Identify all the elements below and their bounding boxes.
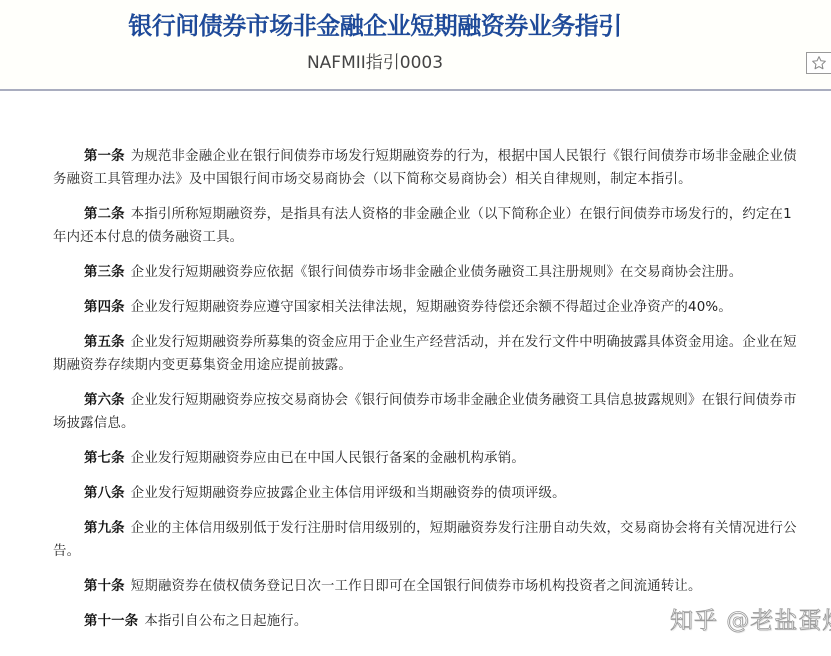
article-3: 第三条企业发行短期融资券应依据《银行间债券市场非金融企业债务融资工具注册规则》在… — [53, 261, 798, 284]
article-10: 第十条短期融资券在债权债务登记日次一工作日即可在全国银行间债券市场机构投资者之间… — [53, 575, 798, 598]
article-8: 第八条企业发行短期融资券应披露企业主体信用评级和当期融资券的债项评级。 — [53, 482, 798, 505]
article-4: 第四条企业发行短期融资券应遵守国家相关法律法规，短期融资券待偿还余额不得超过企业… — [53, 296, 798, 319]
article-text: 企业发行短期融资券应遵守国家相关法律法规，短期融资券待偿还余额不得超过企业净资产… — [131, 300, 732, 315]
article-label: 第九条 — [84, 521, 125, 536]
article-text: 企业的主体信用级别低于发行注册时信用级别的，短期融资券发行注册自动失效，交易商协… — [53, 521, 797, 559]
article-text: 企业发行短期融资券应按交易商协会《银行间债券市场非金融企业债务融资工具信息披露规… — [53, 393, 797, 431]
article-text: 为规范非金融企业在银行间债券市场发行短期融资券的行为，根据中国人民银行《银行间债… — [53, 149, 797, 187]
article-label: 第六条 — [84, 393, 125, 408]
header-divider — [0, 89, 831, 91]
article-7: 第七条企业发行短期融资券应由已在中国人民银行备案的金融机构承销。 — [53, 447, 798, 470]
article-5: 第五条企业发行短期融资券所募集的资金应用于企业生产经营活动，并在发行文件中明确披… — [53, 331, 798, 377]
favorite-button[interactable] — [806, 52, 831, 74]
article-label: 第四条 — [84, 300, 125, 315]
article-text: 企业发行短期融资券所募集的资金应用于企业生产经营活动，并在发行文件中明确披露具体… — [53, 335, 797, 373]
article-label: 第一条 — [84, 149, 125, 164]
article-text: 企业发行短期融资券应披露企业主体信用评级和当期融资券的债项评级。 — [131, 486, 566, 501]
article-2: 第二条本指引所称短期融资券，是指具有法人资格的非金融企业（以下简称企业）在银行间… — [53, 203, 798, 249]
article-6: 第六条企业发行短期融资券应按交易商协会《银行间债券市场非金融企业债务融资工具信息… — [53, 389, 798, 435]
document-code: NAFMII指引0003 — [0, 48, 750, 73]
article-9: 第九条企业的主体信用级别低于发行注册时信用级别的，短期融资券发行注册自动失效，交… — [53, 517, 798, 563]
document-body: 第一条为规范非金融企业在银行间债券市场发行短期融资券的行为，根据中国人民银行《银… — [53, 145, 798, 645]
article-text: 本指引所称短期融资券，是指具有法人资格的非金融企业（以下简称企业）在银行间债券市… — [53, 207, 792, 245]
article-label: 第八条 — [84, 486, 125, 501]
watermark-text: 知乎 @老盐蛋炒饭 — [670, 602, 831, 635]
article-label: 第二条 — [84, 207, 125, 222]
article-label: 第五条 — [84, 335, 125, 350]
document-header: 银行间债券市场非金融企业短期融资券业务指引 NAFMII指引0003 — [0, 0, 831, 89]
article-label: 第七条 — [84, 451, 125, 466]
article-label: 第十一条 — [84, 614, 138, 629]
star-outline-icon — [811, 55, 827, 71]
article-text: 企业发行短期融资券应依据《银行间债券市场非金融企业债务融资工具注册规则》在交易商… — [131, 265, 743, 280]
article-label: 第三条 — [84, 265, 125, 280]
article-text: 企业发行短期融资券应由已在中国人民银行备案的金融机构承销。 — [131, 451, 525, 466]
article-text: 本指引自公布之日起施行。 — [144, 614, 307, 629]
article-label: 第十条 — [84, 579, 125, 594]
document-title: 银行间债券市场非金融企业短期融资券业务指引 — [0, 6, 750, 41]
article-text: 短期融资券在债权债务登记日次一工作日即可在全国银行间债券市场机构投资者之间流通转… — [131, 579, 702, 594]
article-1: 第一条为规范非金融企业在银行间债券市场发行短期融资券的行为，根据中国人民银行《银… — [53, 145, 798, 191]
